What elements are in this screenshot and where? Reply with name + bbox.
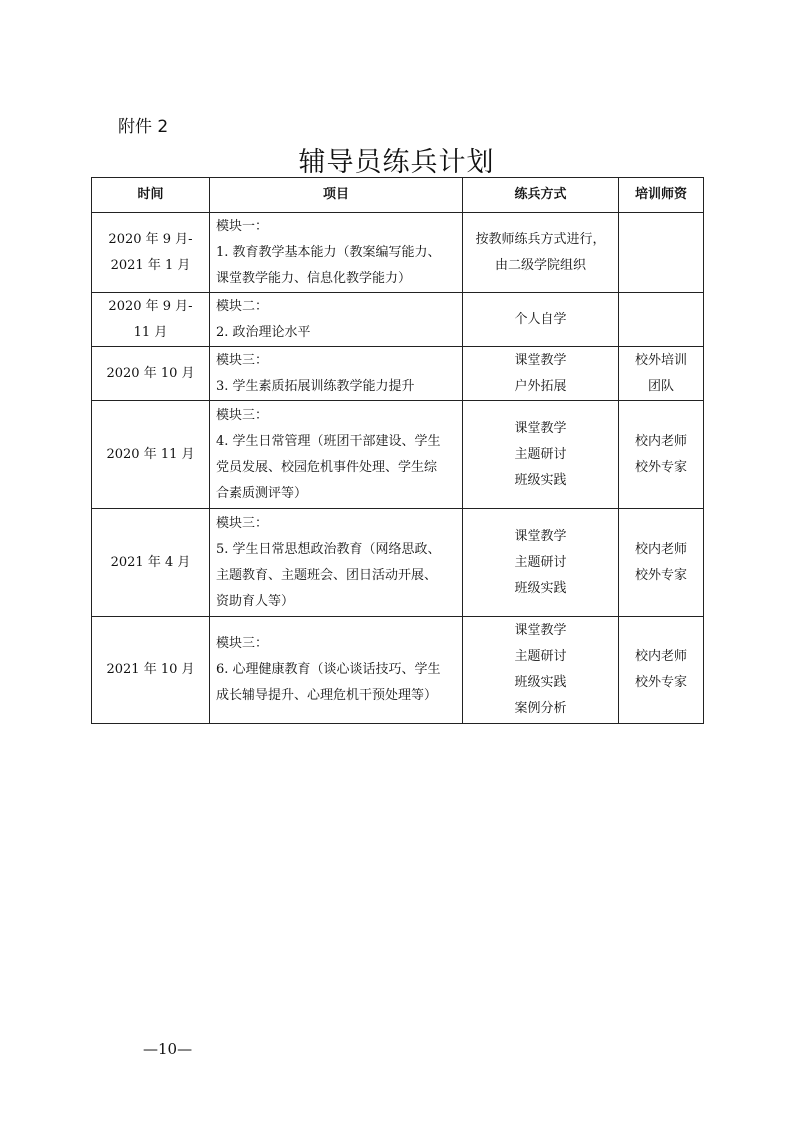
column-header-trainer: 培训师资	[619, 178, 704, 213]
trainer-cell-line: 校内老师	[625, 537, 697, 563]
trainer-cell: 校外培训团队	[619, 347, 704, 401]
project-cell-line: 模块三：	[216, 348, 456, 374]
project-cell: 模块三：4. 学生日常管理（班团干部建设、学生党员发展、校园危机事件处理、学生综…	[210, 401, 463, 509]
column-header-time: 时间	[92, 178, 210, 213]
project-cell-line: 党员发展、校园危机事件处理、学生综	[216, 455, 456, 481]
method-cell-line: 案例分析	[469, 696, 612, 722]
project-cell: 模块三：6. 心理健康教育（谈心谈话技巧、学生成长辅导提升、心理危机干预处理等）	[210, 617, 463, 724]
time-cell-line: 2021 年 4 月	[98, 550, 203, 576]
time-cell-line: 2020 年 9 月-	[98, 294, 203, 320]
method-cell: 课堂教学主题研讨班级实践	[463, 509, 619, 617]
project-cell: 模块三：3. 学生素质拓展训练教学能力提升	[210, 347, 463, 401]
method-cell-line: 课堂教学	[469, 524, 612, 550]
time-cell: 2020 年 10 月	[92, 347, 210, 401]
project-cell-line: 合素质测评等）	[216, 481, 456, 507]
time-cell: 2020 年 9 月-11 月	[92, 293, 210, 347]
project-cell-line: 3. 学生素质拓展训练教学能力提升	[216, 374, 456, 400]
column-header-method: 练兵方式	[463, 178, 619, 213]
trainer-cell-line: 团队	[625, 374, 697, 400]
project-cell-line: 5. 学生日常思想政治教育（网络思政、	[216, 537, 456, 563]
project-cell-line: 模块一：	[216, 214, 456, 240]
method-cell: 个人自学	[463, 293, 619, 347]
project-cell: 模块一：1. 教育教学基本能力（教案编写能力、课堂教学能力、信息化教学能力）	[210, 213, 463, 293]
method-cell-line: 课堂教学	[469, 618, 612, 644]
method-cell-line: 主题研讨	[469, 644, 612, 670]
time-cell-line: 2021 年 10 月	[98, 657, 203, 683]
table-row: 2020 年 9 月-11 月模块二：2. 政治理论水平个人自学	[92, 293, 704, 347]
method-cell: 按教师练兵方式进行，由二级学院组织	[463, 213, 619, 293]
time-cell: 2020 年 11 月	[92, 401, 210, 509]
time-cell-line: 2021 年 1 月	[98, 253, 203, 279]
time-cell-line: 2020 年 10 月	[98, 361, 203, 387]
project-cell-line: 模块二：	[216, 294, 456, 320]
trainer-cell	[619, 293, 704, 347]
method-cell-line: 由二级学院组织	[469, 253, 612, 279]
time-cell: 2021 年 4 月	[92, 509, 210, 617]
trainer-cell: 校内老师校外专家	[619, 401, 704, 509]
document-title: 辅导员练兵计划	[0, 140, 793, 179]
method-cell-line: 班级实践	[469, 468, 612, 494]
table-row: 2021 年 10 月模块三：6. 心理健康教育（谈心谈话技巧、学生成长辅导提升…	[92, 617, 704, 724]
time-cell-line: 11 月	[98, 320, 203, 346]
trainer-cell-line: 校外培训	[625, 348, 697, 374]
column-header-project: 项目	[210, 178, 463, 213]
method-cell-line: 课堂教学	[469, 416, 612, 442]
project-cell: 模块三：5. 学生日常思想政治教育（网络思政、主题教育、主题班会、团日活动开展、…	[210, 509, 463, 617]
method-cell: 课堂教学主题研讨班级实践	[463, 401, 619, 509]
table-row: 2020 年 9 月-2021 年 1 月模块一：1. 教育教学基本能力（教案编…	[92, 213, 704, 293]
table-header-row: 时间 项目 练兵方式 培训师资	[92, 178, 704, 213]
project-cell-line: 成长辅导提升、心理危机干预处理等）	[216, 683, 456, 709]
table-row: 2020 年 11 月模块三：4. 学生日常管理（班团干部建设、学生党员发展、校…	[92, 401, 704, 509]
method-cell-line: 个人自学	[469, 307, 612, 333]
method-cell-line: 按教师练兵方式进行，	[469, 227, 612, 253]
project-cell: 模块二：2. 政治理论水平	[210, 293, 463, 347]
project-cell-line: 模块三：	[216, 403, 456, 429]
time-cell-line: 2020 年 11 月	[98, 442, 203, 468]
method-cell-line: 班级实践	[469, 576, 612, 602]
project-cell-line: 2. 政治理论水平	[216, 320, 456, 346]
project-cell-line: 模块三：	[216, 511, 456, 537]
trainer-cell-line: 校内老师	[625, 644, 697, 670]
method-cell-line: 主题研讨	[469, 550, 612, 576]
trainer-cell	[619, 213, 704, 293]
project-cell-line: 模块三：	[216, 631, 456, 657]
project-cell-line: 主题教育、主题班会、团日活动开展、	[216, 563, 456, 589]
method-cell-line: 户外拓展	[469, 374, 612, 400]
method-cell-line: 课堂教学	[469, 348, 612, 374]
trainer-cell-line: 校外专家	[625, 563, 697, 589]
method-cell: 课堂教学主题研讨班级实践案例分析	[463, 617, 619, 724]
trainer-cell-line: 校外专家	[625, 455, 697, 481]
trainer-cell: 校内老师校外专家	[619, 617, 704, 724]
trainer-cell: 校内老师校外专家	[619, 509, 704, 617]
page-number: —10—	[143, 1040, 192, 1058]
method-cell-line: 班级实践	[469, 670, 612, 696]
project-cell-line: 资助育人等）	[216, 589, 456, 615]
project-cell-line: 6. 心理健康教育（谈心谈话技巧、学生	[216, 657, 456, 683]
attachment-label: 附件 2	[118, 112, 168, 137]
trainer-cell-line: 校外专家	[625, 670, 697, 696]
table-row: 2020 年 10 月模块三：3. 学生素质拓展训练教学能力提升课堂教学户外拓展…	[92, 347, 704, 401]
method-cell: 课堂教学户外拓展	[463, 347, 619, 401]
project-cell-line: 4. 学生日常管理（班团干部建设、学生	[216, 429, 456, 455]
training-plan-table: 时间 项目 练兵方式 培训师资 2020 年 9 月-2021 年 1 月模块一…	[91, 177, 704, 724]
trainer-cell-line: 校内老师	[625, 429, 697, 455]
project-cell-line: 1. 教育教学基本能力（教案编写能力、	[216, 240, 456, 266]
table-row: 2021 年 4 月模块三：5. 学生日常思想政治教育（网络思政、主题教育、主题…	[92, 509, 704, 617]
time-cell: 2020 年 9 月-2021 年 1 月	[92, 213, 210, 293]
project-cell-line: 课堂教学能力、信息化教学能力）	[216, 266, 456, 292]
time-cell: 2021 年 10 月	[92, 617, 210, 724]
time-cell-line: 2020 年 9 月-	[98, 227, 203, 253]
method-cell-line: 主题研讨	[469, 442, 612, 468]
